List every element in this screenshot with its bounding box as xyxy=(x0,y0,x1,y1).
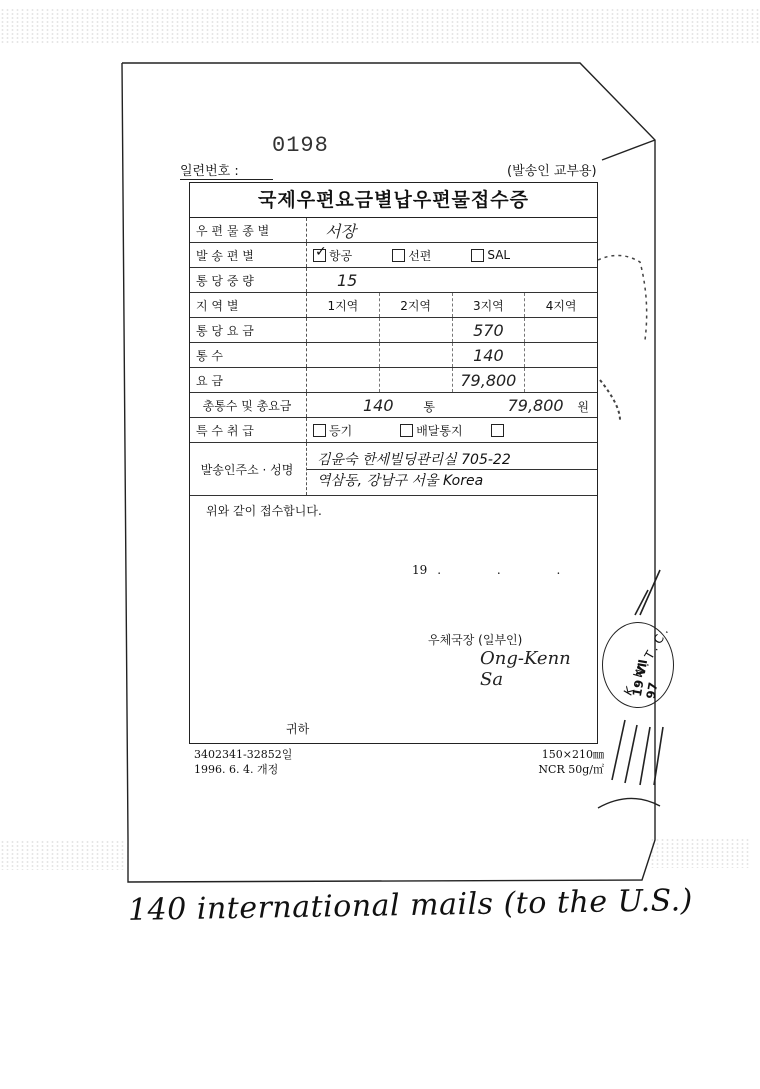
option-delivery-notice[interactable]: 배달통지 xyxy=(400,422,462,439)
row-mail-type: 우 편 물 종 별 서장 xyxy=(190,218,597,243)
sender-address-line2: 역삼동, 강남구 서울 Korea xyxy=(307,470,597,490)
mail-type-value: 서장 xyxy=(307,219,356,242)
zone-cell: 79,800 xyxy=(453,368,526,392)
zone-cell xyxy=(380,368,453,392)
row-fee-each: 통 당 요 금 570 xyxy=(190,318,597,343)
year-dots: . . . xyxy=(437,563,586,577)
zone-cell xyxy=(307,343,380,367)
row-region: 지 역 별 1지역 2지역 3지역 4지역 xyxy=(190,293,597,318)
row-label: 특 수 취 급 xyxy=(190,418,307,442)
row-fee: 요 금 79,800 xyxy=(190,368,597,393)
row-label: 총통수 및 총요금 xyxy=(190,393,307,417)
copy-note: (발송인 교부용) xyxy=(507,160,597,179)
zone-cell: 570 xyxy=(453,318,526,342)
serial-label: 일련번호 : xyxy=(180,160,273,180)
zone-header: 3지역 xyxy=(453,293,526,317)
row-label: 발송인주소 · 성명 xyxy=(190,443,307,495)
row-special: 특 수 취 급 등기 배달통지 xyxy=(190,418,597,443)
zone-cell xyxy=(307,318,380,342)
weight-value: 15 xyxy=(307,271,357,290)
zone-header: 2지역 xyxy=(380,293,453,317)
sender-address-line1: 김윤숙 한세빌딩관리실 705-22 xyxy=(307,449,597,470)
option-registered[interactable]: 등기 xyxy=(313,422,352,439)
form-code: 3402341-32852일 1996. 6. 4. 개정 xyxy=(194,747,292,777)
zone-cell xyxy=(525,368,597,392)
serial-number: 0198 xyxy=(272,133,329,158)
honorific: 귀하 xyxy=(286,720,309,737)
row-label: 지 역 별 xyxy=(190,293,307,317)
confirm-text: 위와 같이 접수합니다. xyxy=(190,496,597,525)
total-count: 140 xyxy=(363,396,394,415)
postmaster-label: 우체국장 (일부인) xyxy=(428,631,522,648)
zone-cell xyxy=(525,318,597,342)
zone-cell: 140 xyxy=(453,343,526,367)
checkbox-icon[interactable] xyxy=(491,424,504,437)
row-sender: 발송인주소 · 성명 김윤숙 한세빌딩관리실 705-22 역삼동, 강남구 서… xyxy=(190,443,597,496)
receipt-form: 국제우편요금별납우편물접수증 우 편 물 종 별 서장 발 송 편 별 항공 선… xyxy=(189,182,598,744)
row-label: 통 당 중 량 xyxy=(190,268,307,292)
zone-header: 4지역 xyxy=(525,293,597,317)
option-other[interactable] xyxy=(491,424,507,437)
zone-header: 1지역 xyxy=(307,293,380,317)
date-line: 19. . . xyxy=(412,563,586,577)
row-totals: 총통수 및 총요금 140 통 79,800 원 xyxy=(190,393,597,418)
row-label: 통 수 xyxy=(190,343,307,367)
form-title: 국제우편요금별납우편물접수증 xyxy=(190,183,597,218)
row-count: 통 수 140 xyxy=(190,343,597,368)
row-label: 요 금 xyxy=(190,368,307,392)
postmark-date: 19 Ⅶ 97 xyxy=(630,646,666,700)
year-prefix: 19 xyxy=(412,563,427,577)
count-unit: 통 xyxy=(423,400,435,414)
checkbox-icon[interactable] xyxy=(313,424,326,437)
zone-cell xyxy=(525,343,597,367)
checkbox-icon[interactable] xyxy=(392,249,405,262)
checkbox-icon[interactable] xyxy=(313,249,326,262)
option-surface[interactable]: 선편 xyxy=(392,247,431,264)
row-label: 발 송 편 별 xyxy=(190,243,307,267)
postmark-stamp: K.W.T.C. 19 Ⅶ 97 xyxy=(602,622,674,708)
paper-spec: 150×210㎜ NCR 50g/㎡ xyxy=(520,747,604,777)
amount-unit: 원 xyxy=(577,400,589,414)
signature: Ong-Kenn Sa xyxy=(480,648,597,690)
row-weight: 통 당 중 량 15 xyxy=(190,268,597,293)
checkbox-icon[interactable] xyxy=(471,249,484,262)
option-air[interactable]: 항공 xyxy=(313,247,352,264)
zone-cell xyxy=(380,343,453,367)
checkbox-icon[interactable] xyxy=(400,424,413,437)
row-label: 우 편 물 종 별 xyxy=(190,218,307,242)
row-send-method: 발 송 편 별 항공 선편 SAL xyxy=(190,243,597,268)
total-amount: 79,800 xyxy=(508,396,564,415)
zone-cell xyxy=(380,318,453,342)
zone-cell xyxy=(307,368,380,392)
option-sal[interactable]: SAL xyxy=(471,248,510,262)
row-label: 통 당 요 금 xyxy=(190,318,307,342)
